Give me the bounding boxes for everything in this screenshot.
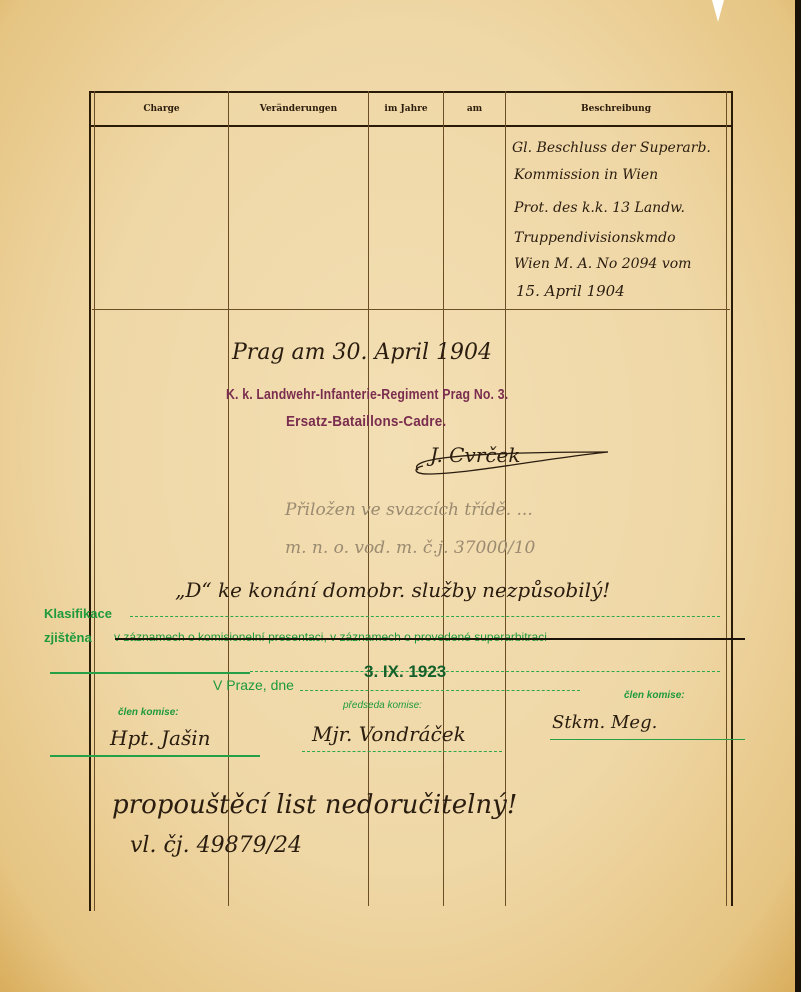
klasifikace-handwritten: „D“ ke konání domobr. služby nezpůsobilý… <box>175 578 610 602</box>
table-left-inner <box>94 91 95 911</box>
handwritten-place-date: Prag am 30. April 1904 <box>232 340 492 365</box>
header-charge: Charge <box>95 96 228 122</box>
green-separator-line <box>50 672 250 674</box>
member-right-label: člen komise: <box>624 690 685 701</box>
col-divider-3 <box>443 91 444 906</box>
member-left-line <box>50 755 260 757</box>
table-header-bottom <box>89 125 732 127</box>
regiment-stamp-line-1: K. k. Landwehr-Infanterie-Regiment Prag … <box>226 386 508 403</box>
chair-label: předseda komise: <box>343 700 422 711</box>
klasifikace-dotted-line <box>130 616 720 617</box>
beschreibung-line-6: 15. April 1904 <box>516 282 625 300</box>
header-beschreibung: Beschreibung <box>506 96 726 122</box>
beschreibung-line-5: Wien M. A. No 2094 vom <box>514 256 691 272</box>
beschreibung-line-2: Kommission in Wien <box>514 167 658 183</box>
pencil-note-line-1: Přiložen ve svazcích třídě. ... <box>285 500 533 520</box>
table-right-inner <box>726 91 727 906</box>
col-divider-1 <box>228 91 229 906</box>
klasifikace-label: Klasifikace <box>44 606 112 621</box>
green-dotted-separator <box>250 671 720 672</box>
klasifikace-printed-struck: v záznamech o komisionelní presentaci, v… <box>114 630 547 644</box>
chair-signature: Mjr. Vondráček <box>312 722 466 746</box>
pencil-note-line-2: m. n. o. vod. m. č.j. 37000/10 <box>285 538 535 558</box>
table-top-border <box>89 91 732 93</box>
beschreibung-line-3: Prot. des k.k. 13 Landw. <box>514 200 685 216</box>
col-divider-4 <box>505 91 506 906</box>
signature-flourish-icon <box>408 440 638 480</box>
commission-date: 3. IX. 1923 <box>364 662 446 682</box>
table-right-border <box>731 91 733 906</box>
member-left-signature: Hpt. Jašin <box>110 726 210 750</box>
header-veraenderungen: Veränderungen <box>229 96 368 122</box>
beschreibung-line-4: Truppendivisionskmdo <box>514 230 676 246</box>
col-divider-2 <box>368 91 369 906</box>
header-im-jahre: im Jahre <box>369 96 443 122</box>
member-left-label: člen komise: <box>118 707 179 718</box>
table-row-divider <box>92 309 730 310</box>
regiment-stamp-line-2: Ersatz-Bataillons-Cadre. <box>286 413 446 430</box>
paper-tear <box>712 0 724 22</box>
chair-line <box>302 751 502 752</box>
member-right-line <box>550 739 745 740</box>
final-note-line-2: vl. čj. 49879/24 <box>130 833 302 858</box>
header-am: am <box>444 96 505 122</box>
date-dotted-line <box>300 690 580 691</box>
strike-through-line <box>115 638 745 640</box>
zjistena-label: zjištěna <box>44 630 92 645</box>
beschreibung-line-1: Gl. Beschluss der Superarb. <box>512 140 711 156</box>
member-right-signature: Stkm. Meg. <box>552 712 657 733</box>
final-note-line-1: propouštěcí list nedoručitelný! <box>112 790 517 820</box>
document-page: Charge Veränderungen im Jahre am Beschre… <box>0 0 801 992</box>
table-left-border <box>89 91 91 911</box>
place-label: V Praze, dne <box>213 677 294 693</box>
